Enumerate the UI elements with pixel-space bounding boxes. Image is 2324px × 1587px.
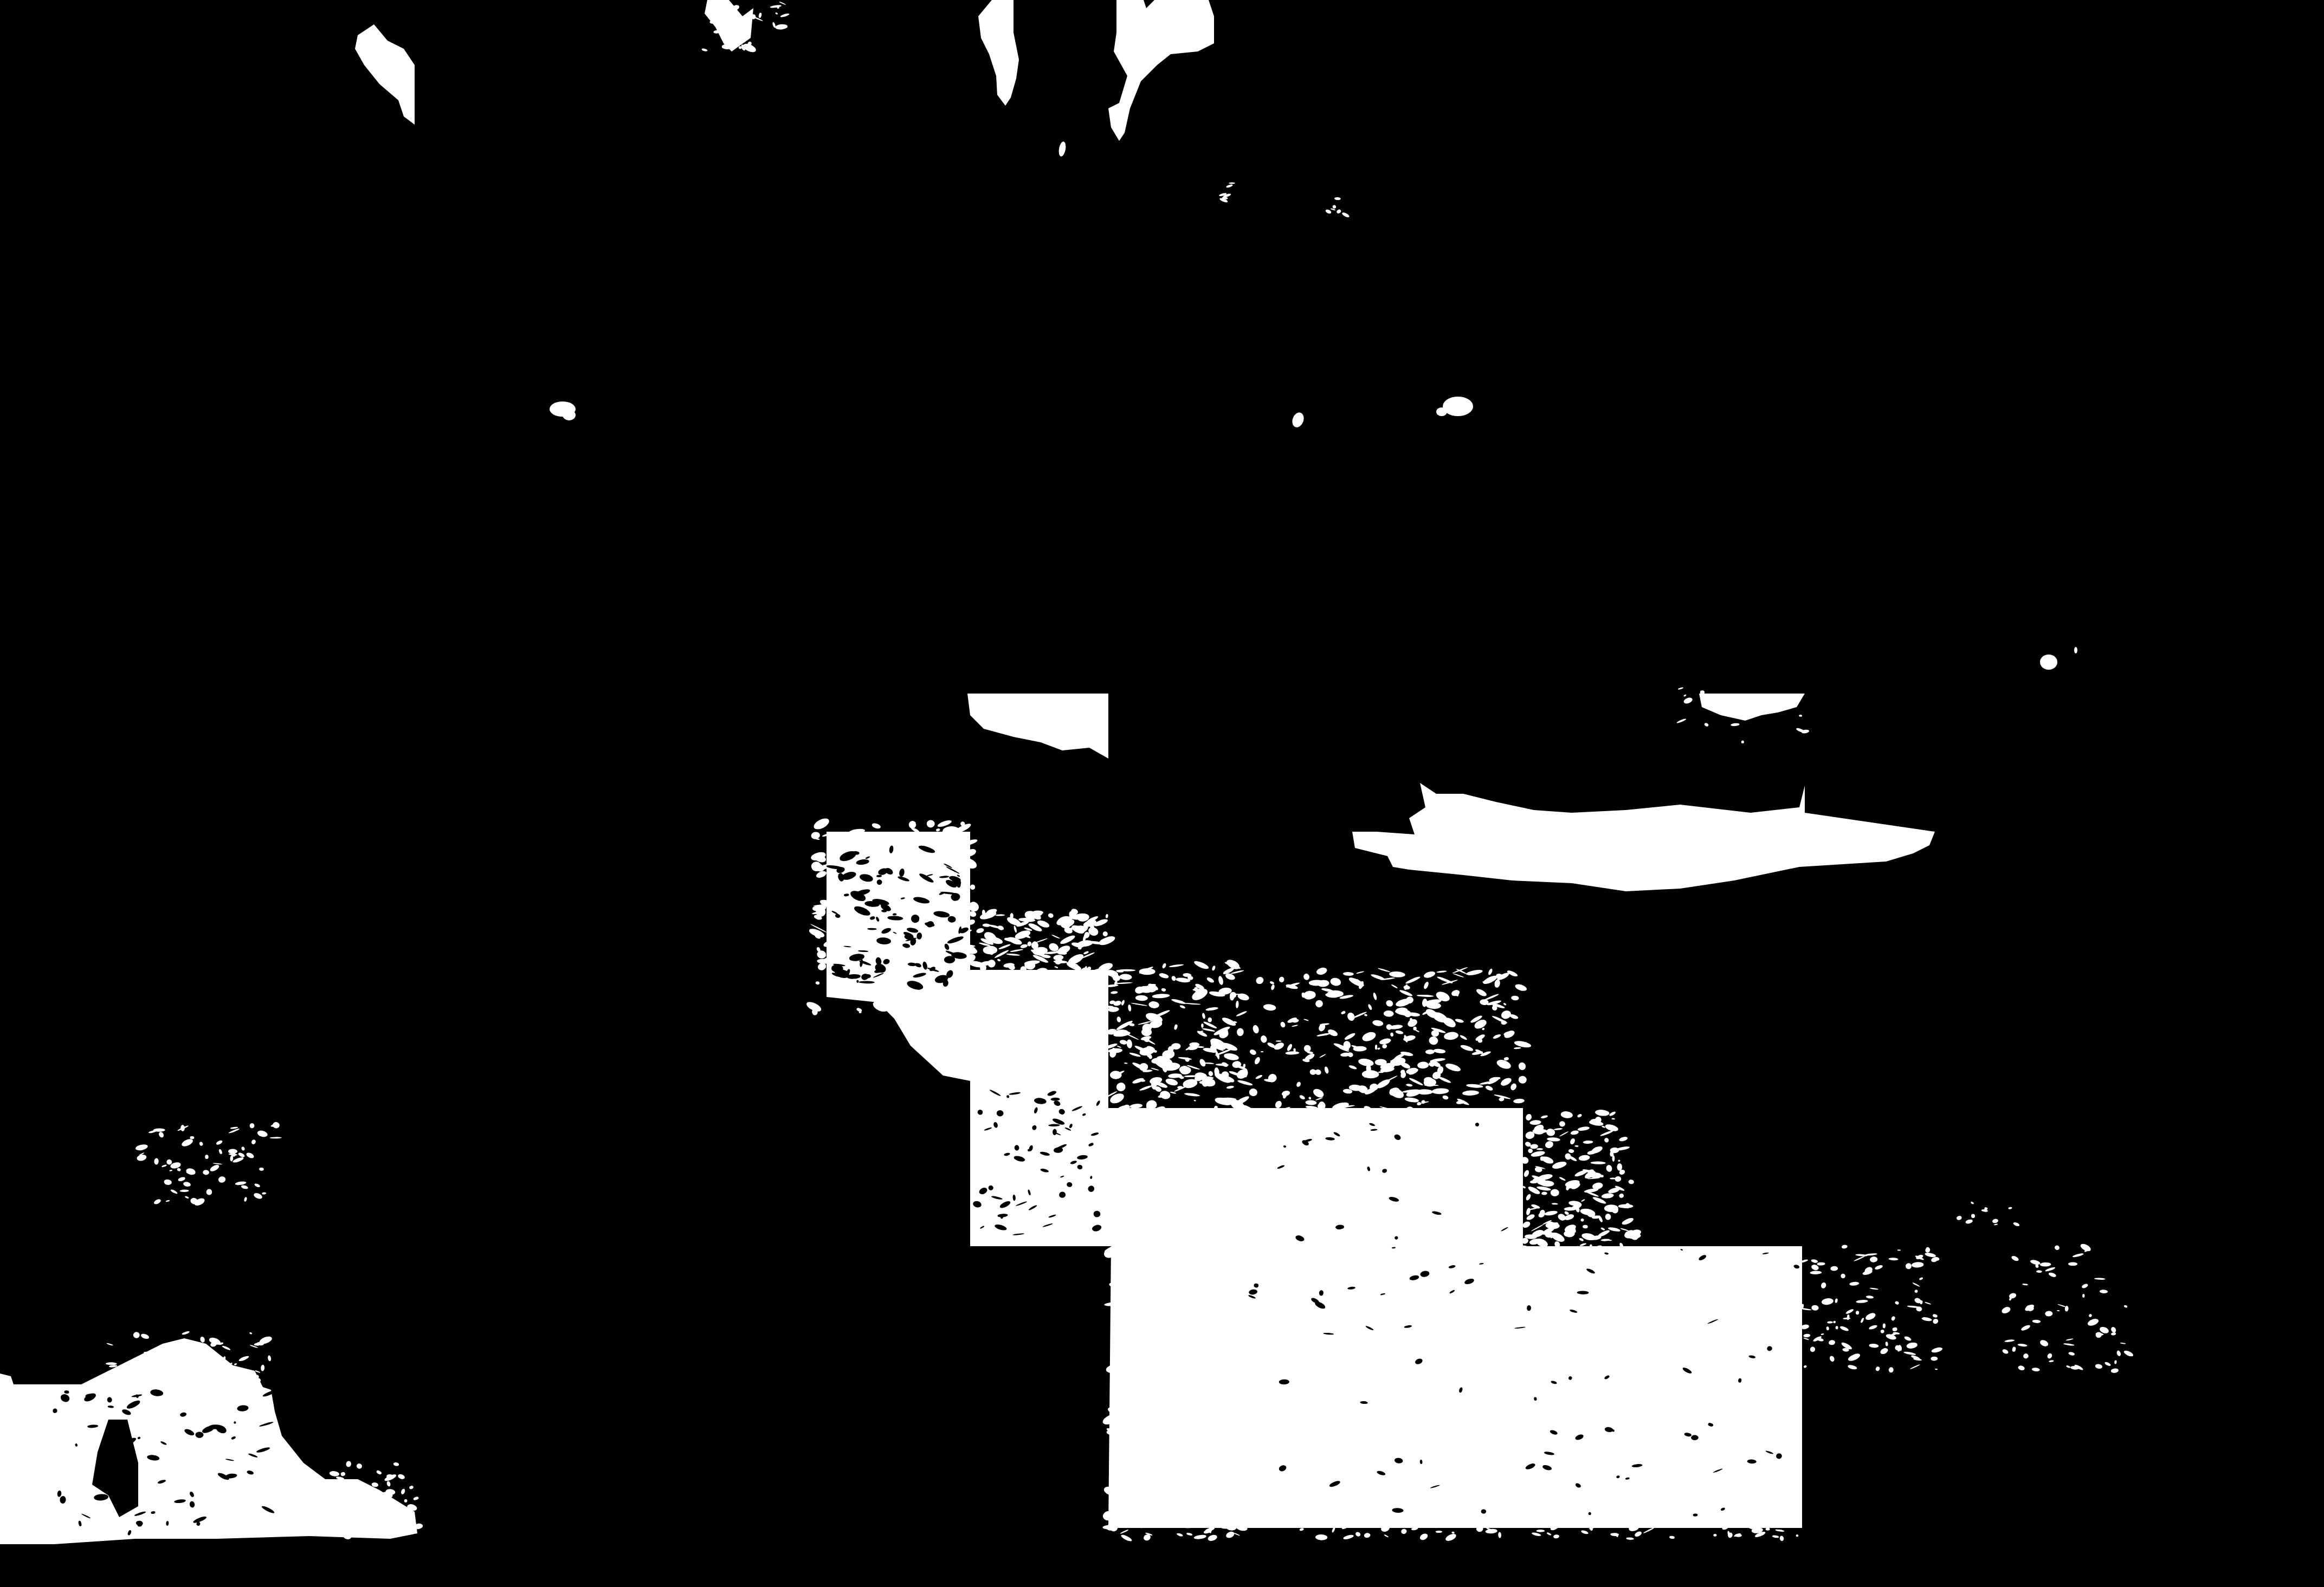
binary-mask-image	[0, 0, 2324, 1587]
